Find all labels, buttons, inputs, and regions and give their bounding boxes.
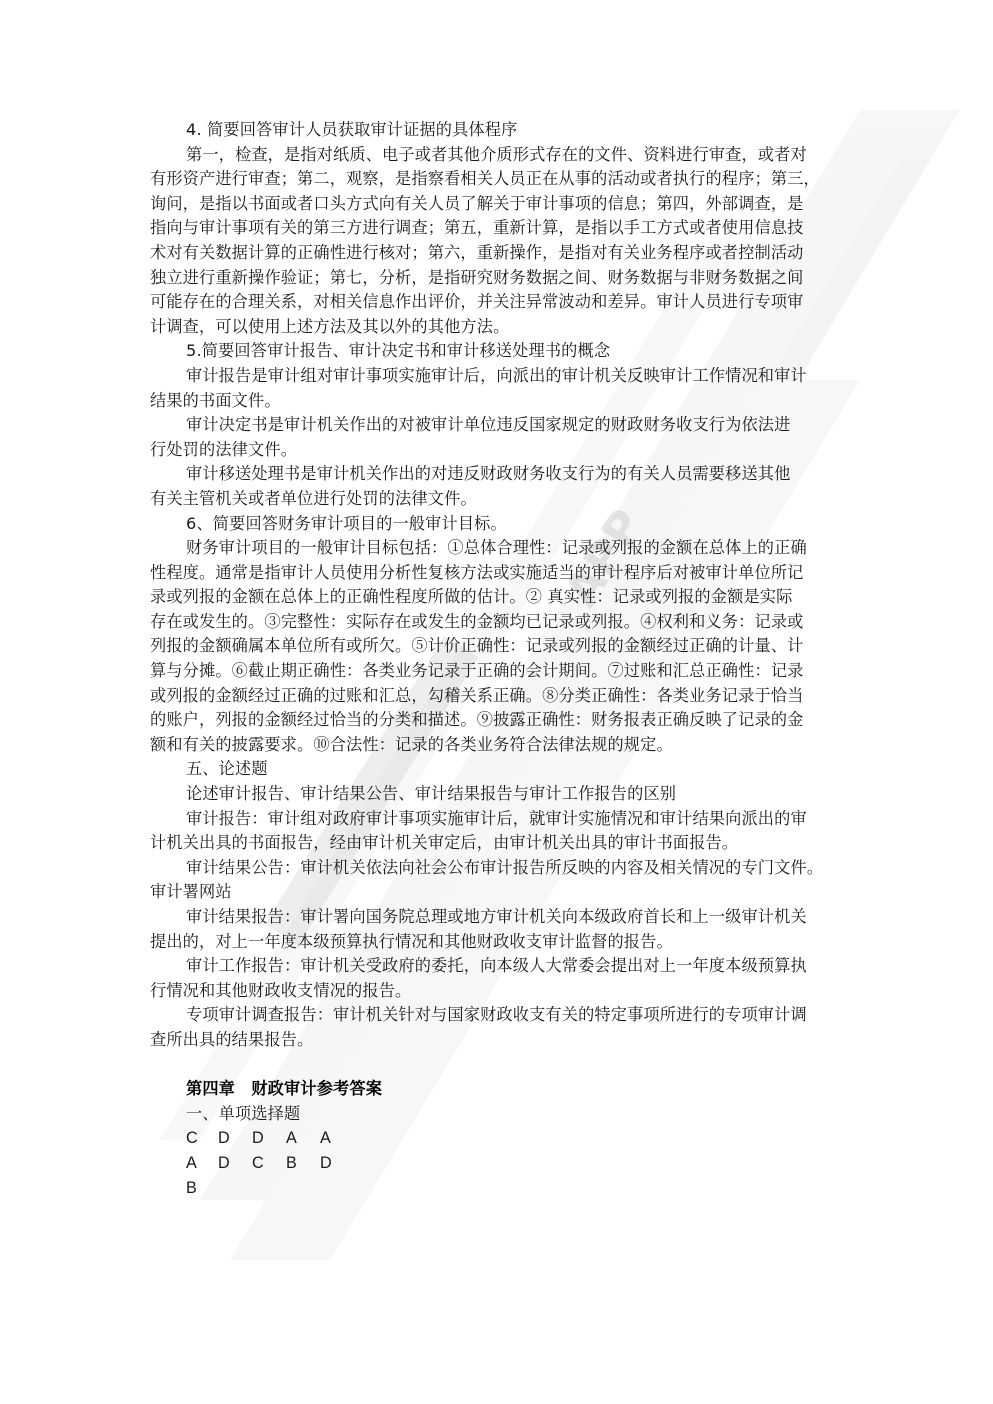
- paragraph-line: 列报的金额确属本单位所有或所欠。⑤计价正确性：记录或列报的金额经过正确的计量、计: [150, 634, 845, 659]
- answer-letter: A: [320, 1126, 354, 1151]
- paragraph-line: 录或列报的金额在总体上的正确性程度所做的估计。② 真实性：记录或列报的金额是实际: [150, 585, 845, 610]
- essay-question: 论述审计报告、审计结果公告、审计结果报告与审计工作报告的区别: [150, 782, 845, 807]
- paragraph-line: 存在或发生的。③完整性：实际存在或发生的金额均已记录或列报。④权利和义务：记录或: [150, 610, 845, 635]
- answer-row: C D D A A: [150, 1126, 845, 1151]
- spacer: [150, 1053, 845, 1078]
- answer-letter: C: [252, 1151, 286, 1176]
- paragraph-line: 审计决定书是审计机关作出的对被审计单位违反国家规定的财政财务收支行为依法进: [150, 413, 845, 438]
- paragraph-line: 审计署网站: [150, 880, 845, 905]
- question-6-title: 6、简要回答财务审计项目的一般审计目标。: [150, 512, 845, 537]
- paragraph-line: 行处罚的法律文件。: [150, 438, 845, 463]
- paragraph-line: 审计报告是审计组对审计事项实施审计后，向派出的审计机关反映审计工作情况和审计: [150, 364, 845, 389]
- answer-row: B: [150, 1176, 845, 1201]
- paragraph-line: 审计工作报告：审计机关受政府的委托，向本级人大常委会提出对上一年度本级预算执: [150, 954, 845, 979]
- paragraph-line: 算与分摊。⑥截止期正确性：各类业务记录于正确的会计期间。⑦过账和汇总正确性：记录: [150, 659, 845, 684]
- paragraph-line: 有关主管机关或者单位进行处罚的法律文件。: [150, 487, 845, 512]
- paragraph-line: 可能存在的合理关系，对相关信息作出评价，并关注异常波动和差异。审计人员进行专项审: [150, 290, 845, 315]
- paragraph-line: 计机关出具的书面报告，经由审计机关审定后，由审计机关出具的审计书面报告。: [150, 831, 845, 856]
- paragraph-line: 提出的，对上一年度本级预算执行情况和其他财政收支审计监督的报告。: [150, 930, 845, 955]
- paragraph-line: 结果的书面文件。: [150, 389, 845, 414]
- answer-letter: B: [186, 1176, 218, 1201]
- section-heading-single-choice: 一、单项选择题: [150, 1102, 845, 1127]
- paragraph-line: 或列报的金额经过正确的过账和汇总，勾稽关系正确。⑧分类正确性：各类业务记录于恰当: [150, 684, 845, 709]
- paragraph-line: 的账户，列报的金额经过恰当的分类和描述。⑨披露正确性：财务报表正确反映了记录的金: [150, 708, 845, 733]
- answer-letter: D: [218, 1126, 252, 1151]
- paragraph-line: 审计报告：审计组对政府审计事项实施审计后，就审计实施情况和审计结果向派出的审: [150, 807, 845, 832]
- answer-letter: D: [320, 1151, 354, 1176]
- question-4-title: 4. 简要回答审计人员获取审计证据的具体程序: [150, 118, 845, 143]
- paragraph-line: 专项审计调查报告：审计机关针对与国家财政收支有关的特定事项所进行的专项审计调: [150, 1003, 845, 1028]
- answer-row: A D C B D: [150, 1151, 845, 1176]
- paragraph-line: 审计结果公告：审计机关依法向社会公布审计报告所反映的内容及相关情况的专门文件。: [150, 856, 845, 881]
- answer-letter: D: [252, 1126, 286, 1151]
- paragraph-line: 计调查，可以使用上述方法及其以外的其他方法。: [150, 315, 845, 340]
- question-5-title: 5.简要回答审计报告、审计决定书和审计移送处理书的概念: [150, 339, 845, 364]
- paragraph-line: 术对有关数据计算的正确性进行核对；第六，重新操作，是指对有关业务程序或者控制活动: [150, 241, 845, 266]
- chapter-title: 第四章 财政审计参考答案: [150, 1077, 845, 1102]
- answer-letter: C: [186, 1126, 218, 1151]
- paragraph-line: 有形资产进行审查；第二，观察，是指察看相关人员正在从事的活动或者执行的程序；第三…: [150, 167, 845, 192]
- paragraph-line: 财务审计项目的一般审计目标包括：①总体合理性：记录或列报的金额在总体上的正确: [150, 536, 845, 561]
- paragraph-line: 询问，是指以书面或者口头方式向有关人员了解关于审计事项的信息；第四，外部调查，是: [150, 192, 845, 217]
- paragraph-line: 查所出具的结果报告。: [150, 1028, 845, 1053]
- answer-letter: A: [286, 1126, 320, 1151]
- paragraph-line: 额和有关的披露要求。⑩合法性：记录的各类业务符合法律法规的规定。: [150, 733, 845, 758]
- paragraph-line: 性程度。通常是指审计人员使用分析性复核方法或实施适当的审计程序后对被审计单位所记: [150, 561, 845, 586]
- paragraph-line: 第一，检查，是指对纸质、电子或者其他介质形式存在的文件、资料进行审查，或者对: [150, 143, 845, 168]
- answer-letter: B: [286, 1151, 320, 1176]
- paragraph-line: 行情况和其他财政收支情况的报告。: [150, 979, 845, 1004]
- paragraph-line: 独立进行重新操作验证；第七，分析，是指研究财务数据之间、财务数据与非财务数据之间: [150, 266, 845, 291]
- paragraph-line: 审计移送处理书是审计机关作出的对违反财政财务收支行为的有关人员需要移送其他: [150, 462, 845, 487]
- section-heading-essay: 五、论述题: [150, 757, 845, 782]
- answer-letter: A: [186, 1151, 218, 1176]
- paragraph-line: 指向与审计事项有关的第三方进行调查；第五，重新计算，是指以手工方式或者使用信息技: [150, 216, 845, 241]
- document-page: 4. 简要回答审计人员获取审计证据的具体程序 第一，检查，是指对纸质、电子或者其…: [150, 118, 845, 1200]
- answer-letter: D: [218, 1151, 252, 1176]
- paragraph-line: 审计结果报告：审计署向国务院总理或地方审计机关向本级政府首长和上一级审计机关: [150, 905, 845, 930]
